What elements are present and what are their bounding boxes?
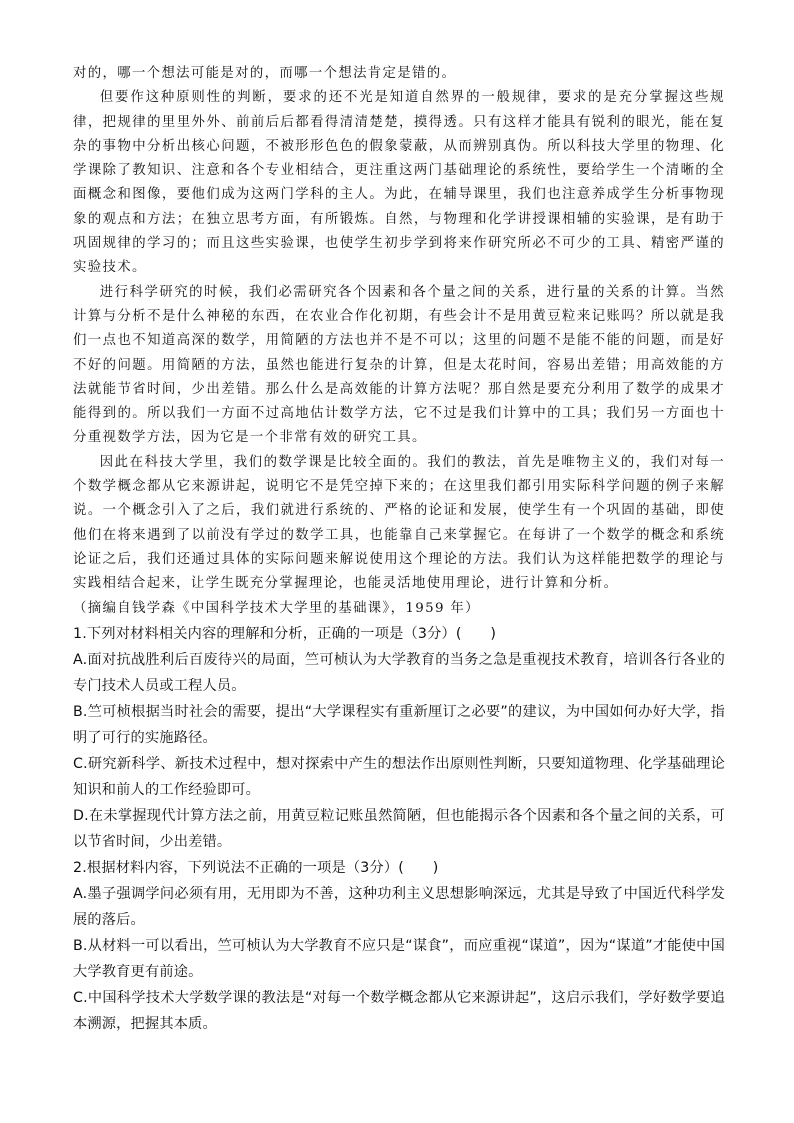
passage-paragraph-4: 因此在科技大学里，我们的数学课是比较全面的。我们的教法，首先是唯物主义的，我们对… bbox=[73, 451, 725, 597]
question-stem: 1.下列对材料相关内容的理解和分析，正确的一项是（3分）( ) bbox=[73, 621, 725, 647]
passage-paragraph-2: 但要作这种原则性的判断，要求的还不光是知道自然界的一般规律，要求的是充分掌握这些… bbox=[73, 86, 725, 280]
passage-source: （摘编自钱学森《中国科学技术大学里的基础课》，1959 年） bbox=[73, 597, 725, 621]
option-a: A.墨子强调学问必须有用，无用即为不善，这种功利主义思想影响深远，尤其是导致了中… bbox=[73, 881, 725, 933]
passage-paragraph-1: 对的，哪一个想法可能是对的，而哪一个想法肯定是错的。 bbox=[73, 62, 725, 86]
option-d: D.在未掌握现代计算方法之前，用黄豆粒记账虽然简陋，但也能揭示各个因素和各个量之… bbox=[73, 803, 725, 855]
option-c: C.中国科学技术大学数学课的教法是“对每一个数学概念都从它来源讲起”，这启示我们… bbox=[73, 985, 725, 1037]
option-b: B.从材料一可以看出，竺可桢认为大学教育不应只是“谋食”，而应重视“谋道”，因为… bbox=[73, 933, 725, 985]
question-1: 1.下列对材料相关内容的理解和分析，正确的一项是（3分）( ) A.面对抗战胜利… bbox=[73, 621, 725, 855]
option-a: A.面对抗战胜利后百废待兴的局面，竺可桢认为大学教育的当务之急是重视技术教育，培… bbox=[73, 647, 725, 699]
document-page: 对的，哪一个想法可能是对的，而哪一个想法肯定是错的。 但要作这种原则性的判断，要… bbox=[73, 62, 725, 1037]
reading-passage: 对的，哪一个想法可能是对的，而哪一个想法肯定是错的。 但要作这种原则性的判断，要… bbox=[73, 62, 725, 621]
passage-paragraph-3: 进行科学研究的时候，我们必需研究各个因素和各个量之间的关系，进行量的关系的计算。… bbox=[73, 281, 725, 451]
question-stem: 2.根据材料内容，下列说法不正确的一项是（3分）( ) bbox=[73, 855, 725, 881]
option-c: C.研究新科学、新技术过程中，想对探索中产生的想法作出原则性判断，只要知道物理、… bbox=[73, 751, 725, 803]
option-b: B.竺可桢根据当时社会的需要，提出“大学课程实有重新厘订之必要”的建议，为中国如… bbox=[73, 699, 725, 751]
question-2: 2.根据材料内容，下列说法不正确的一项是（3分）( ) A.墨子强调学问必须有用… bbox=[73, 855, 725, 1037]
questions-section: 1.下列对材料相关内容的理解和分析，正确的一项是（3分）( ) A.面对抗战胜利… bbox=[73, 621, 725, 1037]
